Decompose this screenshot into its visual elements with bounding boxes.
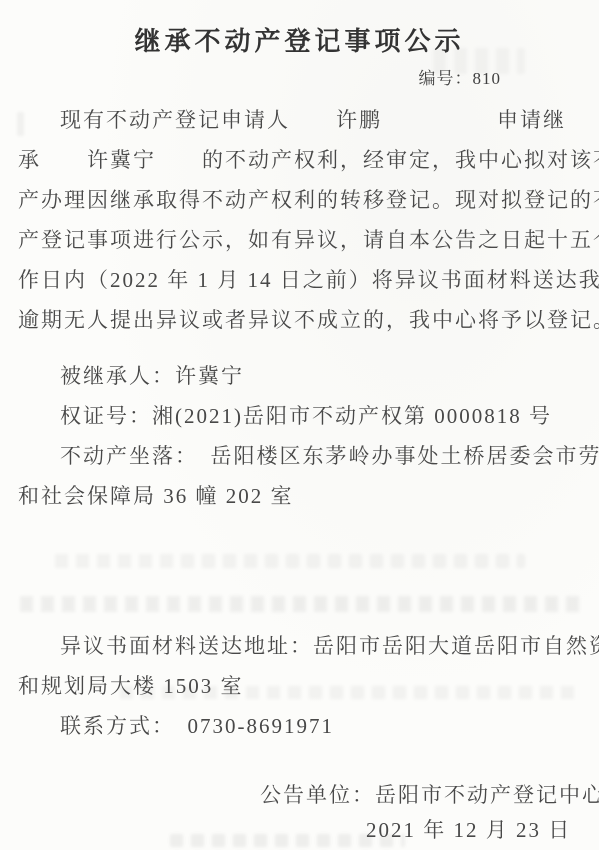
- body-line: 产登记事项进行公示，如有异议，请自本公告之日起十五个工: [18, 220, 595, 260]
- property-location-line: 不动产坐落： 岳阳楼区东茅岭办事处土桥居委会市劳动: [18, 436, 595, 476]
- document-title: 继承不动产登记事项公示: [0, 0, 599, 58]
- property-location-line: 和社会保障局 36 幢 202 室: [18, 476, 595, 516]
- signature-block: 公告单位：岳阳市不动产登记中心 2021 年 12 月 23 日: [0, 778, 599, 848]
- bleedthrough-artifact: [55, 554, 525, 568]
- decedent-line: 被继承人：许冀宁: [18, 356, 595, 396]
- notice-body-paragraph: 现有不动产登记申请人 许鹏 申请继 承 许冀宁 的不动产权利，经审定，我中心拟对…: [0, 100, 599, 340]
- estate-details-section: 被继承人：许冀宁 权证号：湘(2021)岳阳市不动产权第 0000818 号 不…: [0, 356, 599, 516]
- issuing-unit-line: 公告单位：岳阳市不动产登记中心: [18, 778, 595, 813]
- doc-number: 编号：810: [0, 68, 599, 90]
- body-line: 承 许冀宁 的不动产权利，经审定，我中心拟对该不动: [18, 140, 595, 180]
- contact-phone-line: 联系方式： 0730-8691971: [18, 706, 595, 746]
- objection-address-line: 异议书面材料送达地址：岳阳市岳阳大道岳阳市自然资源: [18, 626, 595, 666]
- notice-page: 继承不动产登记事项公示 编号：810 现有不动产登记申请人 许鹏 申请继 承 许…: [0, 0, 599, 850]
- body-line: 逾期无人提出异议或者异议不成立的，我中心将予以登记。: [18, 300, 595, 340]
- certificate-number-line: 权证号：湘(2021)岳阳市不动产权第 0000818 号: [18, 396, 595, 436]
- objection-contact-section: 异议书面材料送达地址：岳阳市岳阳大道岳阳市自然资源 和规划局大楼 1503 室 …: [0, 626, 599, 746]
- body-line: 现有不动产登记申请人 许鹏 申请继: [18, 100, 595, 140]
- objection-address-line: 和规划局大楼 1503 室: [18, 666, 595, 706]
- issue-date-line: 2021 年 12 月 23 日: [18, 813, 595, 848]
- body-line: 产办理因继承取得不动产权利的转移登记。现对拟登记的不动: [18, 180, 595, 220]
- bleedthrough-artifact: [20, 596, 582, 612]
- body-line: 作日内（2022 年 1 月 14 日之前）将异议书面材料送达我中心。: [18, 260, 595, 300]
